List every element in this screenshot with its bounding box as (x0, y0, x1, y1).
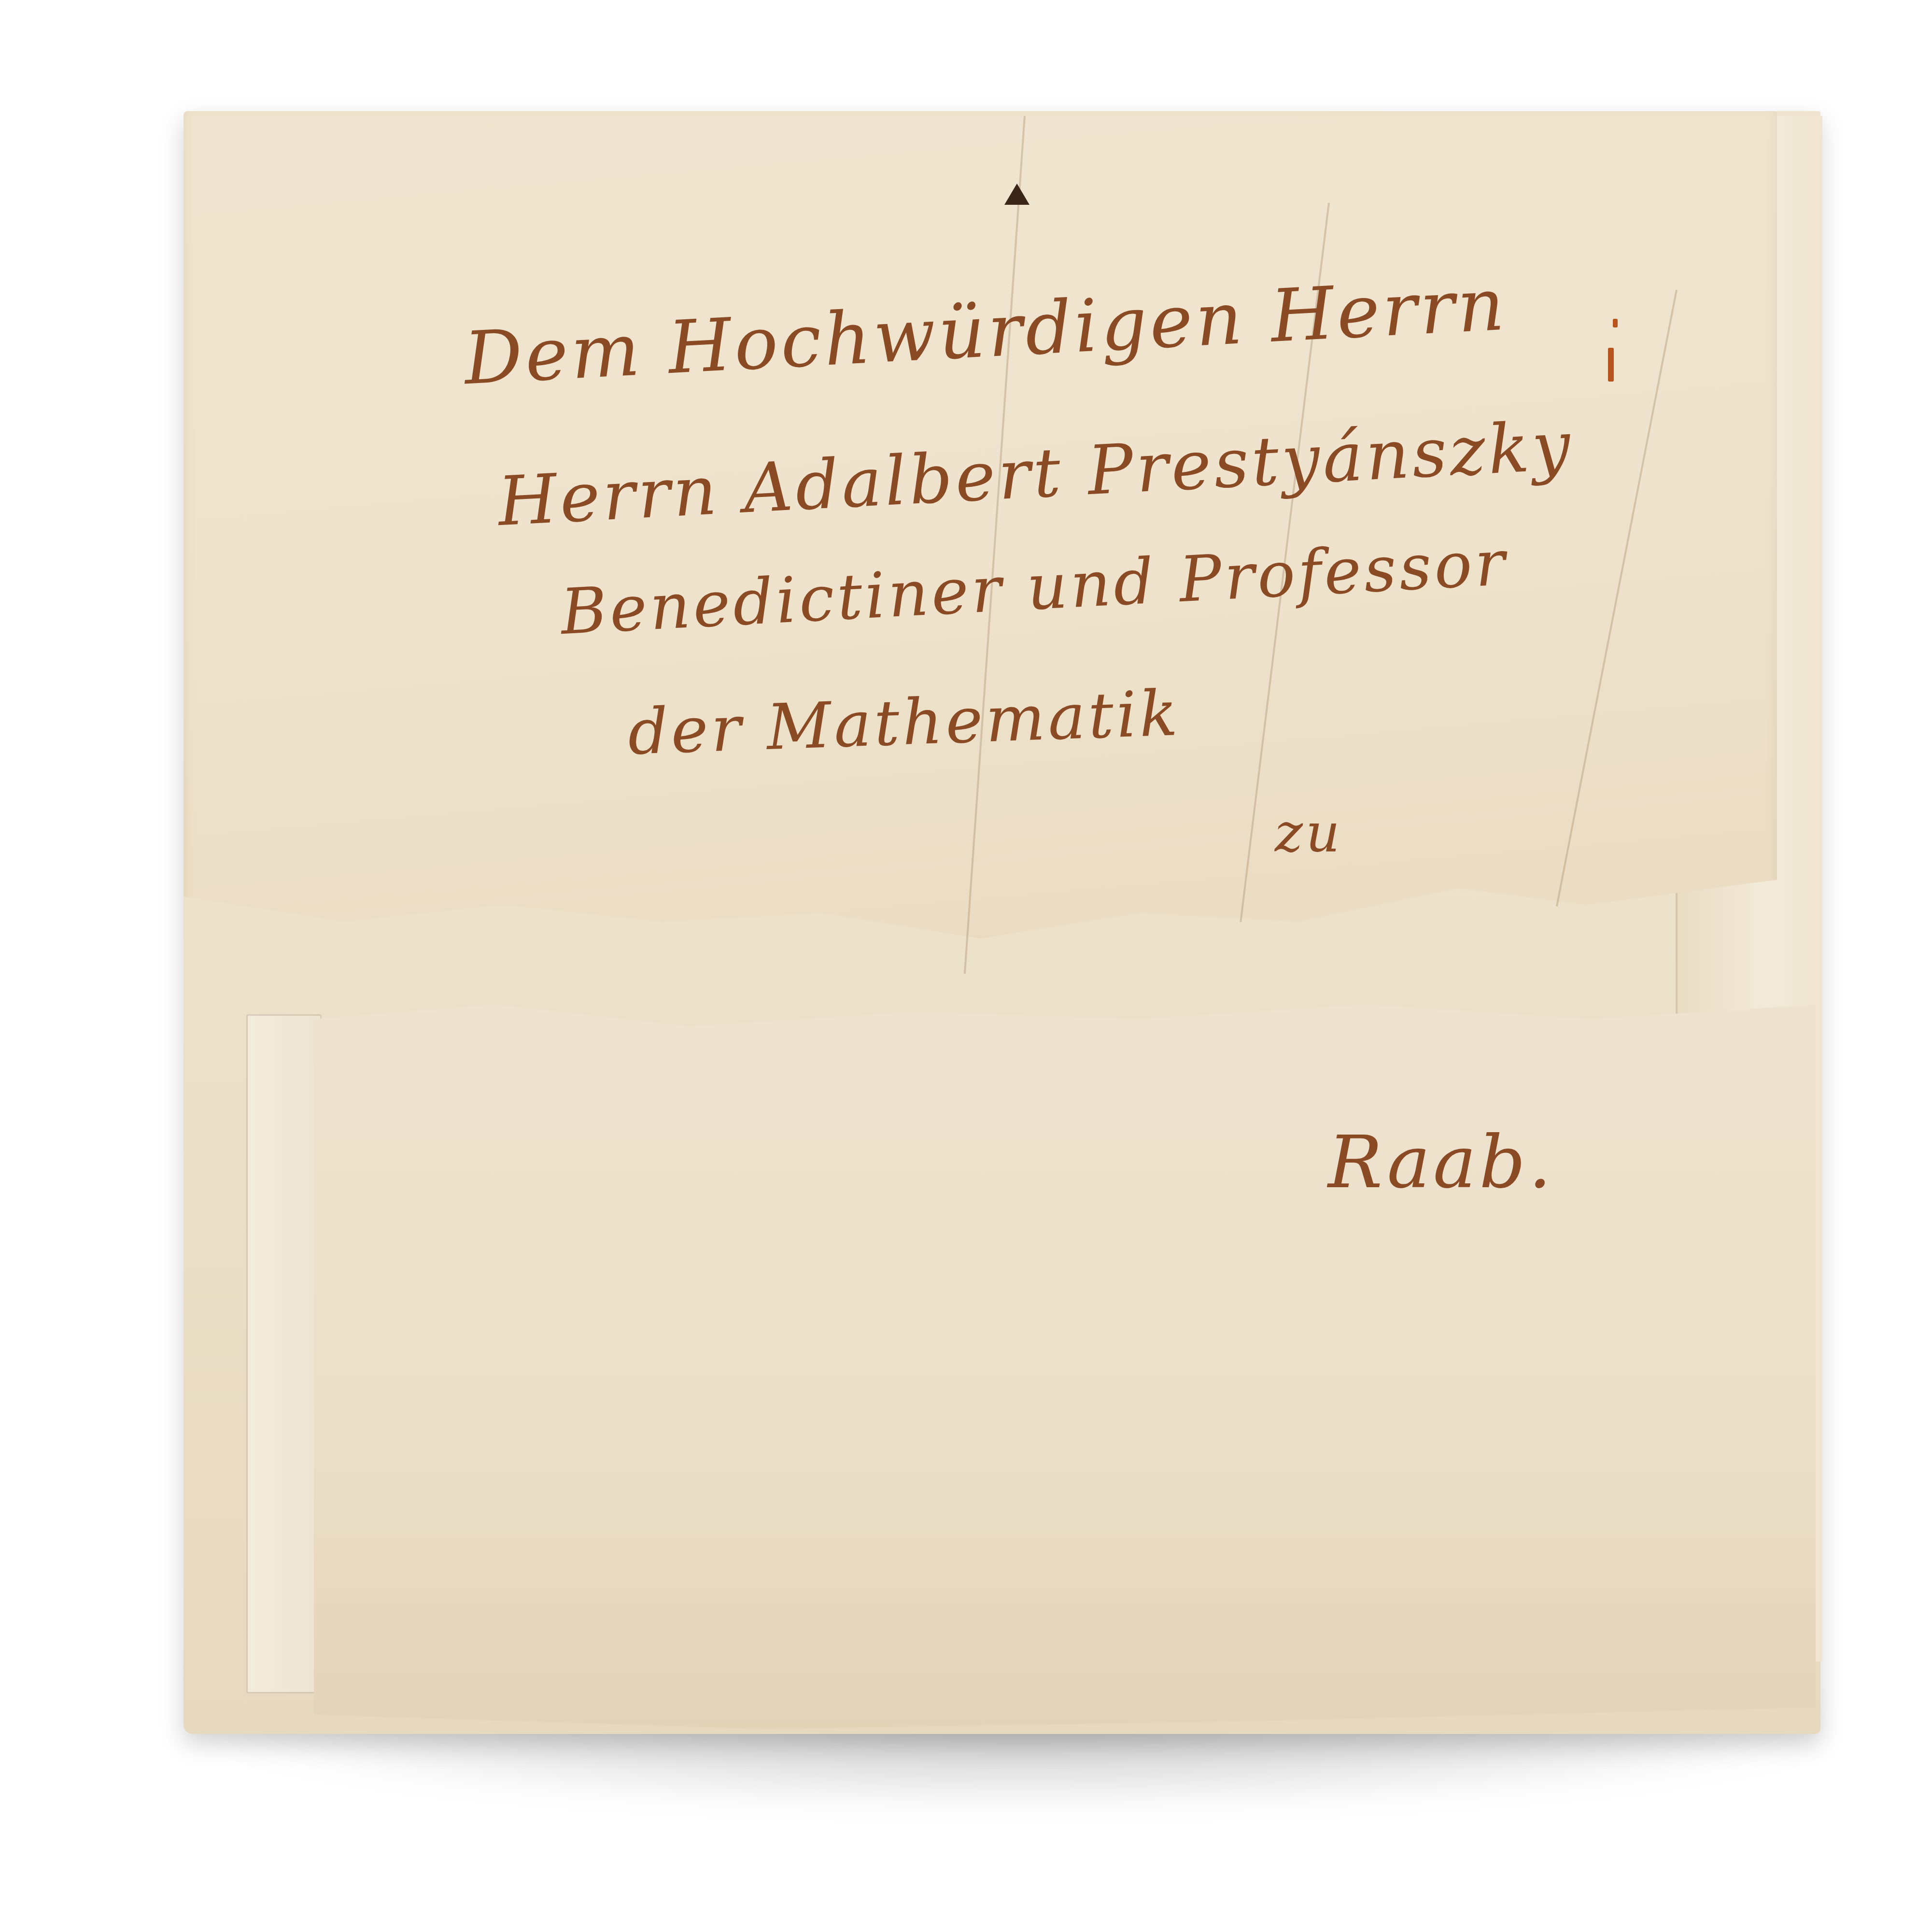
red-ink-mark (1608, 348, 1614, 382)
seal-tear-hole (1004, 184, 1030, 205)
left-folded-strip (246, 1014, 322, 1693)
red-ink-mark (1613, 319, 1618, 327)
upper-address-flap (183, 111, 1777, 947)
address-line-6-destination: Raab. (1328, 1121, 1554, 1205)
lower-panel (314, 1005, 1816, 1729)
address-line-5: zu (1275, 802, 1343, 864)
folded-letter: Dem Hochwürdigen Herrn Herrn Adalbert Pr… (0, 0, 1918, 1932)
